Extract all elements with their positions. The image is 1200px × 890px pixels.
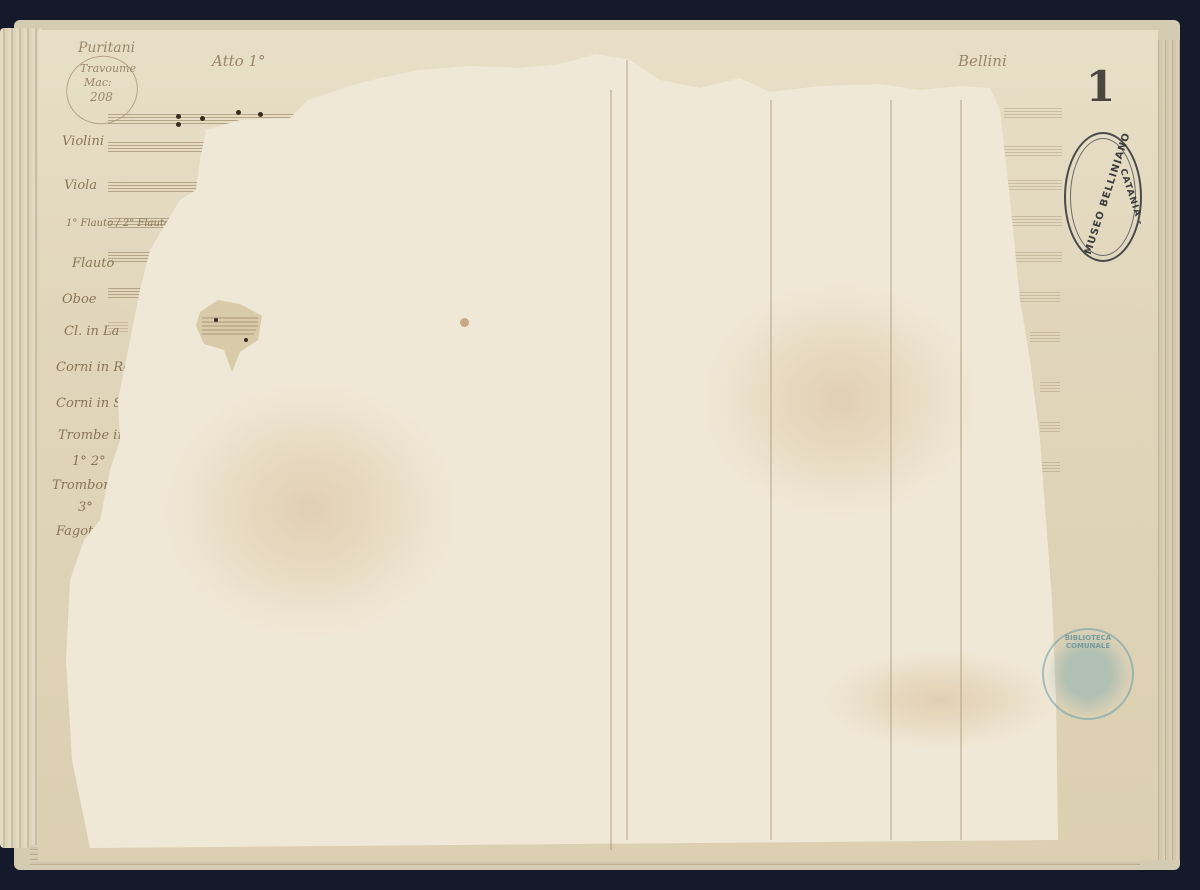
water-stain: [700, 280, 980, 520]
museo-belliniano-stamp: MUSEO BELLINIANO - CATANIA -: [1064, 132, 1142, 262]
spot: [460, 318, 469, 327]
library-seal-text: BIBLIOTECA COMUNALE: [1044, 634, 1132, 650]
water-stain: [820, 650, 1060, 750]
crease: [610, 90, 612, 850]
library-seal-stamp: BIBLIOTECA COMUNALE: [1042, 628, 1134, 720]
water-stain: [160, 380, 460, 640]
crease: [626, 60, 628, 840]
page-number: 1: [1086, 62, 1115, 111]
